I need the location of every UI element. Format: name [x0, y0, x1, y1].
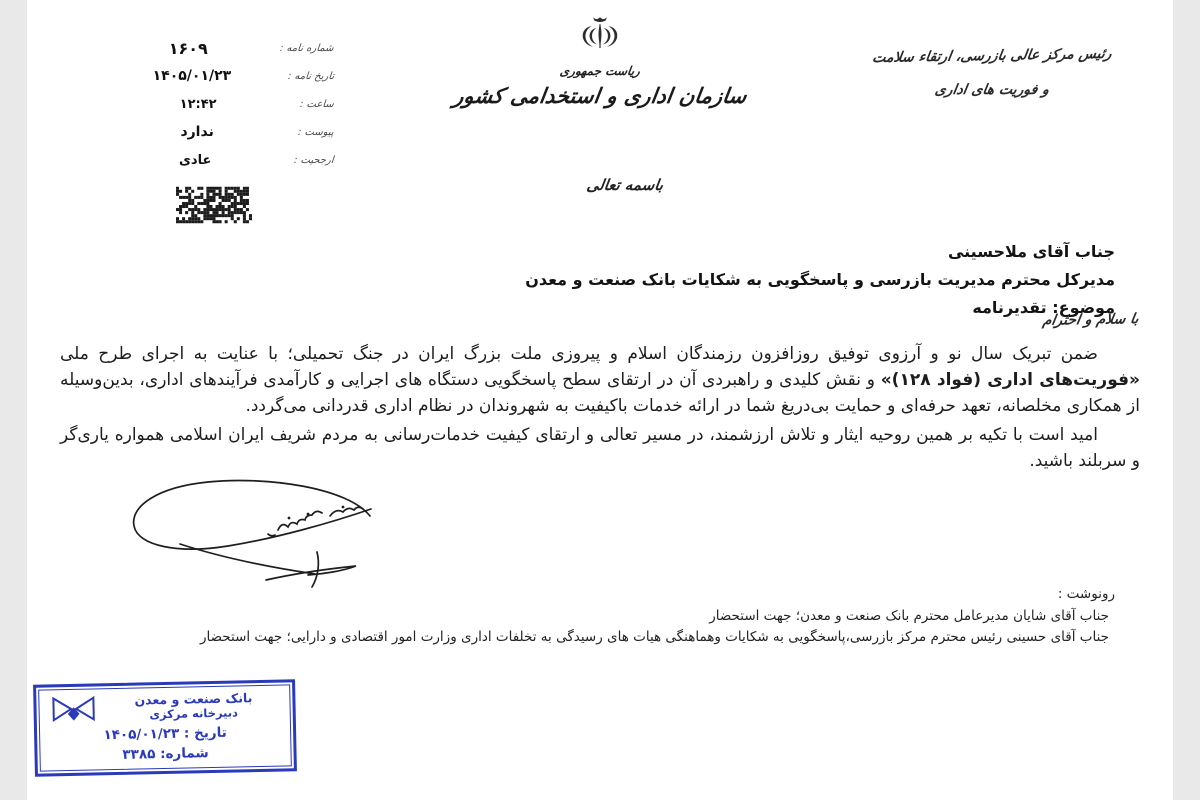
body-paragraph-1: ضمن تبریک سال نو و آرزوی توفیق روزافزون … — [60, 341, 1140, 419]
body-p1-plan-name: «فوریت‌های اداری (فواد ۱۲۸)» — [881, 370, 1140, 390]
stamp-inner-border: بانک صنعت و معدن دبیرخانه مرکزی تاریخ : … — [38, 684, 292, 771]
registry-stamp: بانک صنعت و معدن دبیرخانه مرکزی تاریخ : … — [33, 679, 297, 776]
recipient-name: جناب آقای ملاحسینی — [55, 238, 1115, 266]
meta-row-time: ساعت : ۱۲:۴۲ — [96, 90, 334, 118]
handwritten-salutation: با سلام و احترام — [1041, 311, 1139, 329]
meta-label-attachment: پیوست : — [298, 127, 335, 138]
meta-row-attachment: پیوست : ندارد — [96, 118, 334, 146]
scanned-letter-page: { "meta_table": { "rows": [ {"label": "ش… — [0, 0, 1200, 800]
recipient-block: جناب آقای ملاحسینی مدیرکل محترم مدیریت ب… — [55, 238, 1115, 322]
letterhead-org-name: سازمان اداری و استخدامی کشور — [438, 84, 761, 108]
body-paragraph-2: امید است با تکیه بر همین روحیه ایثار و ت… — [60, 422, 1140, 474]
meta-value-time: ۱۲:۴۲ — [96, 97, 300, 112]
iran-emblem-icon — [577, 14, 623, 62]
bank-logo-icon — [47, 693, 100, 724]
meta-value-number: ۱۶۰۹ — [96, 39, 280, 58]
body-p1-start: ضمن تبریک سال نو و آرزوی توفیق روزافزون … — [60, 344, 1098, 364]
issuing-unit-line2: و فوریت های اداری — [821, 82, 1164, 98]
meta-label-number: شماره نامه : — [280, 43, 335, 54]
issuing-unit-line1: رئیس مرکز عالی بازرسی، ارتقاء سلامت — [820, 45, 1163, 67]
meta-row-priority: ارجحیت : عادی — [96, 146, 334, 174]
letterhead-presidency: ریاست جمهوری — [439, 64, 761, 78]
meta-label-date: تاریخ نامه : — [287, 71, 334, 82]
signature-scribble — [118, 474, 418, 589]
stamp-number: شماره: ۳۳۸۵ — [48, 744, 282, 765]
cc-item-2: جناب آقای حسینی رئیس محترم مرکز بازرسی،پ… — [53, 627, 1115, 648]
letterhead: ریاست جمهوری سازمان اداری و استخدامی کشو… — [440, 14, 760, 108]
cc-block: رونوشت : جناب آقای شایان مدیرعامل محترم … — [53, 584, 1115, 648]
meta-label-time: ساعت : — [300, 99, 335, 110]
meta-value-date: ۱۴۰۵/۰۱/۲۳ — [96, 68, 288, 84]
document-barcode — [176, 186, 252, 224]
meta-value-priority: عادی — [96, 153, 294, 168]
subject-line: موضوع: تقدیرنامه — [55, 294, 1115, 322]
meta-label-priority: ارجحیت : — [294, 155, 335, 166]
stamp-outer-border: بانک صنعت و معدن دبیرخانه مرکزی تاریخ : … — [33, 679, 297, 776]
stamp-date: تاریخ : ۱۴۰۵/۰۱/۲۳ — [48, 724, 282, 745]
meta-value-attachment: ندارد — [96, 124, 298, 140]
scan-edge-left — [0, 0, 27, 800]
scan-edge-right — [1173, 0, 1200, 800]
letter-meta-table: شماره نامه : ۱۶۰۹ تاریخ نامه : ۱۴۰۵/۰۱/۲… — [96, 34, 334, 174]
bismillah: باسمه تعالی — [559, 176, 692, 194]
stamp-secretariat: دبیرخانه مرکزی — [106, 705, 282, 723]
cc-title: رونوشت : — [53, 584, 1115, 605]
issuing-unit-note: رئیس مرکز عالی بازرسی، ارتقاء سلامت و فو… — [822, 48, 1162, 98]
recipient-title: مدیرکل محترم مدیریت بازرسی و پاسخگویی به… — [55, 266, 1115, 294]
letter-body: ضمن تبریک سال نو و آرزوی توفیق روزافزون … — [60, 341, 1140, 477]
cc-item-1: جناب آقای شایان مدیرعامل محترم بانک صنعت… — [53, 606, 1115, 627]
meta-row-number: شماره نامه : ۱۶۰۹ — [96, 34, 334, 62]
meta-row-date: تاریخ نامه : ۱۴۰۵/۰۱/۲۳ — [96, 62, 334, 90]
